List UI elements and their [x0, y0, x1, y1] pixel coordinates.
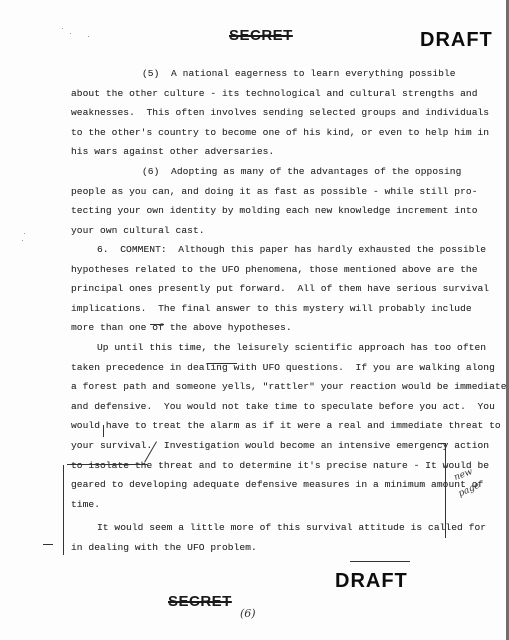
paragraph-line: and defensive. You would not take time t… [71, 401, 495, 412]
pen-mark [103, 425, 104, 437]
paragraph-line: your survival. Investigation would becom… [71, 440, 489, 451]
paragraph-line: Up until this time, the leisurely scient… [97, 342, 486, 353]
paragraph-line: your own cultural cast. [71, 225, 205, 236]
paragraph-line: implications. The final answer to this m… [71, 303, 472, 314]
scan-speck [70, 33, 71, 34]
draft-stamp-bottom: DRAFT [335, 570, 408, 593]
paragraph-line: It would seem a little more of this surv… [97, 522, 486, 533]
paragraph-line: weaknesses. This often involves sending … [71, 107, 489, 118]
paragraph-line: more than one of the above hypotheses. [71, 322, 292, 333]
draft-stamp-top: DRAFT [420, 29, 493, 52]
paragraph-line: principal ones presently put forward. Al… [71, 283, 489, 294]
section-heading-line: 6. COMMENT: Although this paper has hard… [97, 244, 486, 255]
pen-mark [350, 561, 410, 562]
scan-speck [62, 28, 63, 29]
scan-speck [24, 233, 25, 234]
paragraph-line: taken precedence in dealing with UFO que… [71, 362, 495, 373]
paragraph-line: hypotheses related to the UFO phenomena,… [71, 264, 478, 275]
pen-mark [150, 324, 164, 325]
scan-speck [88, 36, 89, 37]
bracket-underline [67, 464, 147, 465]
bracket-right [445, 443, 446, 538]
secret-stamp-bottom: SECRET [168, 593, 232, 610]
paragraph-line: in dealing with the UFO problem. [71, 542, 257, 553]
paragraph-line: to the other's country to become one of … [71, 127, 489, 138]
secret-stamp-top: SECRET [229, 27, 293, 44]
page-number: (6) [240, 607, 256, 620]
paragraph-line: to isolate the threat and to determine i… [71, 460, 489, 471]
paragraph-line: time. [71, 499, 100, 510]
paragraph-line: geared to developing adequate defensive … [71, 479, 483, 490]
paragraph-line: (6) Adopting as many of the advantages o… [142, 166, 461, 177]
scan-speck [22, 240, 23, 241]
paragraph-line: a forest path and someone yells, "rattle… [71, 381, 507, 392]
paragraph-line: his wars against other adversaries. [71, 146, 274, 157]
paragraph-line: about the other culture - its technologi… [71, 88, 478, 99]
pen-mark [207, 363, 237, 364]
bracket-top-right [438, 443, 446, 444]
paragraph-line: would have to treat the alarm as if it w… [71, 420, 501, 431]
bracket-tick [43, 544, 53, 545]
paragraph-line: people as you can, and doing it as fast … [71, 186, 478, 197]
document-page: SECRET DRAFT (5) A national eagerness to… [0, 0, 506, 640]
paragraph-line: (5) A national eagerness to learn everyt… [142, 68, 456, 79]
bracket-left [63, 465, 64, 555]
paragraph-line: tecting your own identity by molding eac… [71, 205, 478, 216]
